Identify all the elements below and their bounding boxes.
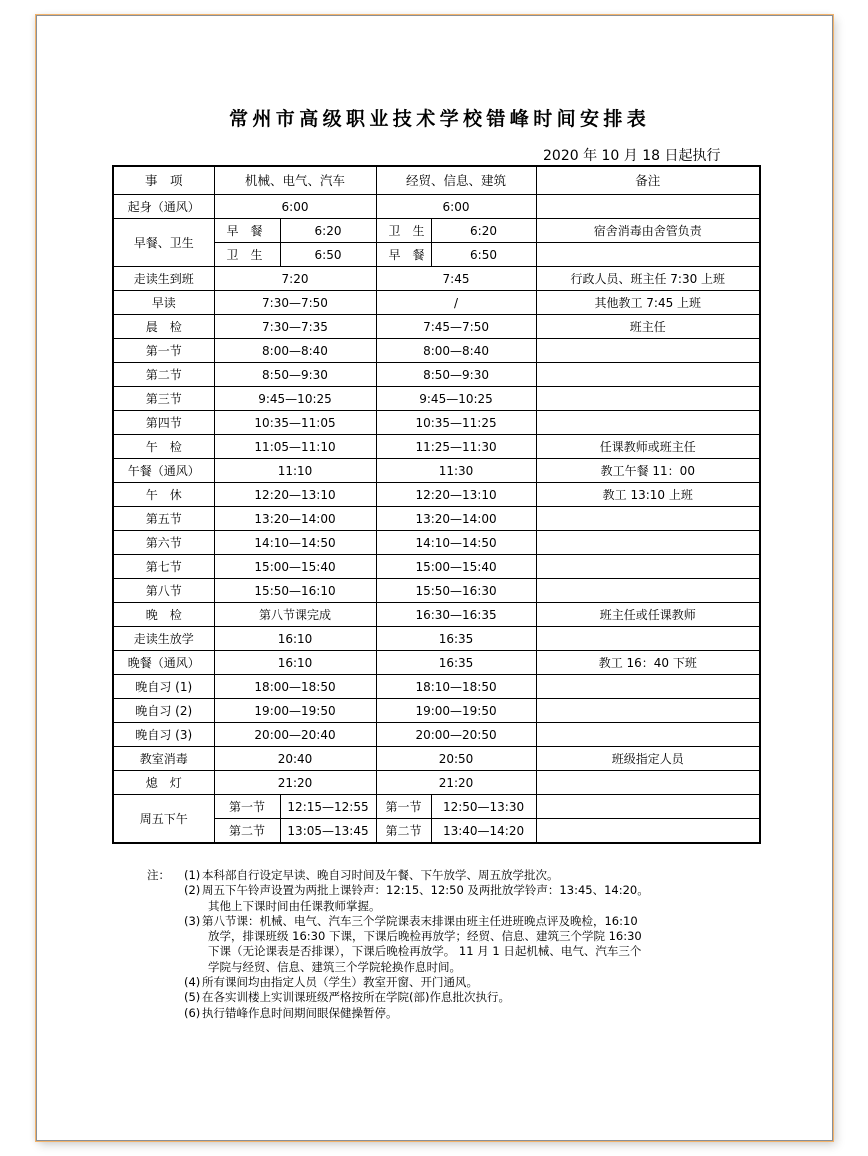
- group-b-time: 11:25—11:30: [376, 435, 536, 459]
- row-note: [536, 771, 760, 795]
- table-row: 熄 灯21:2021:20: [113, 771, 760, 795]
- group-b-time: 8:00—8:40: [376, 339, 536, 363]
- group-b-time: 16:35: [376, 627, 536, 651]
- effective-date: 2020 年 10 月 18 日起执行: [543, 145, 721, 165]
- group-b-time: 14:10—14:50: [376, 531, 536, 555]
- table-row: 走读生放学16:1016:35: [113, 627, 760, 651]
- note-item: (6)执行错峰作息时间期间眼保健操暂停。: [184, 1006, 747, 1021]
- header-note: 备注: [536, 166, 760, 195]
- group-a-time: 7:30—7:50: [214, 291, 376, 315]
- row-label: 第八节: [113, 579, 214, 603]
- table-row: 第一节8:00—8:408:00—8:40: [113, 339, 760, 363]
- row-note: [536, 555, 760, 579]
- row-label: 走读生放学: [113, 627, 214, 651]
- row-label: 第七节: [113, 555, 214, 579]
- group-b-item: 第一节: [376, 795, 431, 819]
- table-row: 第六节14:10—14:5014:10—14:50: [113, 531, 760, 555]
- row-note: 任课教师或班主任: [536, 435, 760, 459]
- row-note: [536, 411, 760, 435]
- group-b-item: 卫 生: [376, 219, 431, 243]
- group-a-item: 卫 生: [214, 243, 280, 267]
- row-label: 晚自习 (1): [113, 675, 214, 699]
- row-label: 第四节: [113, 411, 214, 435]
- table-row-friday-1: 周五下午 第一节 12:15—12:55 第一节 12:50—13:30: [113, 795, 760, 819]
- table-row: 午餐（通风）11:1011:30教工午餐 11：00: [113, 459, 760, 483]
- group-b-time: 10:35—11:25: [376, 411, 536, 435]
- row-note: [536, 507, 760, 531]
- table-row: 午 休12:20—13:1012:20—13:10教工 13:10 上班: [113, 483, 760, 507]
- table-row: 教室消毒20:4020:50班级指定人员: [113, 747, 760, 771]
- row-label: 早餐、卫生: [113, 219, 214, 267]
- notes-list: (1)本科部自行设定早读、晚自习时间及午餐、下午放学、周五放学批次。(2)周五下…: [147, 868, 747, 1021]
- note-text-line: 第八节课：机械、电气、汽车三个学院课表末排课由班主任进班晚点评及晚检，16:10: [184, 914, 747, 929]
- row-label: 晚自习 (3): [113, 723, 214, 747]
- note-text-line: 本科部自行设定早读、晚自习时间及午餐、下午放学、周五放学批次。: [184, 868, 747, 883]
- table-row: 第八节15:50—16:1015:50—16:30: [113, 579, 760, 603]
- group-a-time: 10:35—11:05: [214, 411, 376, 435]
- row-note: [536, 363, 760, 387]
- note-text-line: 其他上下课时间由任课教师掌握。: [184, 899, 747, 914]
- row-label: 第三节: [113, 387, 214, 411]
- group-a-time: 13:05—13:45: [280, 819, 376, 844]
- note-number: (2): [184, 883, 200, 898]
- group-a-time: 15:00—15:40: [214, 555, 376, 579]
- row-note: 教工 13:10 上班: [536, 483, 760, 507]
- row-note: 教工午餐 11：00: [536, 459, 760, 483]
- table-row: 早读7:30—7:50/其他教工 7:45 上班: [113, 291, 760, 315]
- table-row: 晚自习 (3)20:00—20:4020:00—20:50: [113, 723, 760, 747]
- row-label: 早读: [113, 291, 214, 315]
- row-label: 第一节: [113, 339, 214, 363]
- group-b-time: 11:30: [376, 459, 536, 483]
- row-note: 行政人员、班主任 7:30 上班: [536, 267, 760, 291]
- group-b-time: 16:30—16:35: [376, 603, 536, 627]
- group-b-time: /: [376, 291, 536, 315]
- row-label: 熄 灯: [113, 771, 214, 795]
- note-number: (3): [184, 914, 200, 929]
- group-b-time: 6:50: [431, 243, 536, 267]
- group-b-time: 15:50—16:30: [376, 579, 536, 603]
- group-b-time: 19:00—19:50: [376, 699, 536, 723]
- group-a-time: 第八节课完成: [214, 603, 376, 627]
- note-number: (4): [184, 975, 200, 990]
- group-a-time: 7:20: [214, 267, 376, 291]
- group-a-time: 6:00: [214, 195, 376, 219]
- row-label: 走读生到班: [113, 267, 214, 291]
- note-text-line: 学院与经贸、信息、建筑三个学院轮换作息时间。: [184, 960, 747, 975]
- group-a-time: 15:50—16:10: [214, 579, 376, 603]
- table-row: 走读生到班7:207:45行政人员、班主任 7:30 上班: [113, 267, 760, 291]
- group-b-time: 13:20—14:00: [376, 507, 536, 531]
- row-label: 晚餐（通风）: [113, 651, 214, 675]
- group-b-time: 7:45: [376, 267, 536, 291]
- group-a-time: 13:20—14:00: [214, 507, 376, 531]
- row-label: 午 检: [113, 435, 214, 459]
- row-label: 晨 检: [113, 315, 214, 339]
- row-note: 班级指定人员: [536, 747, 760, 771]
- note-number: (5): [184, 990, 200, 1005]
- table-row: 晚餐（通风）16:1016:35教工 16：40 下班: [113, 651, 760, 675]
- row-note: 教工 16：40 下班: [536, 651, 760, 675]
- note-item: (5)在各实训楼上实训课班级严格按所在学院(部)作息批次执行。: [184, 990, 747, 1005]
- group-a-time: 11:05—11:10: [214, 435, 376, 459]
- row-label: 晚自习 (2): [113, 699, 214, 723]
- table-row: 第三节9:45—10:259:45—10:25: [113, 387, 760, 411]
- row-note: 其他教工 7:45 上班: [536, 291, 760, 315]
- row-note: [536, 795, 760, 819]
- note-text-line: 在各实训楼上实训课班级严格按所在学院(部)作息批次执行。: [184, 990, 747, 1005]
- row-label: 第五节: [113, 507, 214, 531]
- group-a-time: 8:50—9:30: [214, 363, 376, 387]
- row-note: [536, 579, 760, 603]
- note-number: (6): [184, 1006, 200, 1021]
- row-note: [536, 387, 760, 411]
- group-a-time: 21:20: [214, 771, 376, 795]
- table-row-wake: 起身（通风） 6:00 6:00: [113, 195, 760, 219]
- row-note: [536, 819, 760, 844]
- group-b-time: 12:50—13:30: [431, 795, 536, 819]
- notes-label: 注：: [147, 868, 170, 883]
- table-row: 第七节15:00—15:4015:00—15:40: [113, 555, 760, 579]
- group-a-time: 14:10—14:50: [214, 531, 376, 555]
- group-b-time: 9:45—10:25: [376, 387, 536, 411]
- group-a-time: 8:00—8:40: [214, 339, 376, 363]
- notes-section: 注： (1)本科部自行设定早读、晚自习时间及午餐、下午放学、周五放学批次。(2)…: [147, 868, 747, 1021]
- note-text-line: 所有课间均由指定人员（学生）教室开窗、开门通风。: [184, 975, 747, 990]
- row-note: 班主任: [536, 315, 760, 339]
- row-label: 周五下午: [113, 795, 214, 844]
- group-a-time: 20:00—20:40: [214, 723, 376, 747]
- table-row: 晚自习 (1)18:00—18:5018:10—18:50: [113, 675, 760, 699]
- row-label: 第二节: [113, 363, 214, 387]
- note-text-line: 执行错峰作息时间期间眼保健操暂停。: [184, 1006, 747, 1021]
- group-a-time: 16:10: [214, 627, 376, 651]
- row-label: 起身（通风）: [113, 195, 214, 219]
- group-a-time: 12:20—13:10: [214, 483, 376, 507]
- row-note: [536, 699, 760, 723]
- schedule-table: 事 项 机械、电气、汽车 经贸、信息、建筑 备注 起身（通风） 6:00 6:0…: [112, 165, 761, 844]
- note-item: (1)本科部自行设定早读、晚自习时间及午餐、下午放学、周五放学批次。: [184, 868, 747, 883]
- group-b-time: 20:00—20:50: [376, 723, 536, 747]
- header-group-b: 经贸、信息、建筑: [376, 166, 536, 195]
- note-text-line: 放学，排课班级 16:30 下课，下课后晚检再放学；经贸、信息、建筑三个学院 1…: [184, 929, 747, 944]
- row-label: 午 休: [113, 483, 214, 507]
- group-b-time: 21:20: [376, 771, 536, 795]
- table-row: 晚 检第八节课完成16:30—16:35班主任或任课教师: [113, 603, 760, 627]
- group-a-time: 20:40: [214, 747, 376, 771]
- table-row: 午 检11:05—11:1011:25—11:30任课教师或班主任: [113, 435, 760, 459]
- group-a-time: 7:30—7:35: [214, 315, 376, 339]
- group-b-time: 16:35: [376, 651, 536, 675]
- group-b-time: 6:00: [376, 195, 536, 219]
- row-note: [536, 675, 760, 699]
- row-note: [536, 339, 760, 363]
- header-group-a: 机械、电气、汽车: [214, 166, 376, 195]
- group-a-time: 19:00—19:50: [214, 699, 376, 723]
- group-a-item: 第一节: [214, 795, 280, 819]
- group-b-time: 6:20: [431, 219, 536, 243]
- group-b-item: 第二节: [376, 819, 431, 844]
- row-note: 宿舍消毒由舍管负责: [536, 219, 760, 243]
- row-note: [536, 723, 760, 747]
- row-label: 晚 检: [113, 603, 214, 627]
- row-note: [536, 243, 760, 267]
- group-b-time: 13:40—14:20: [431, 819, 536, 844]
- group-a-time: 6:20: [280, 219, 376, 243]
- group-b-time: 15:00—15:40: [376, 555, 536, 579]
- row-note: [536, 195, 760, 219]
- note-item: (4)所有课间均由指定人员（学生）教室开窗、开门通风。: [184, 975, 747, 990]
- group-b-time: 20:50: [376, 747, 536, 771]
- row-label: 第六节: [113, 531, 214, 555]
- group-a-time: 6:50: [280, 243, 376, 267]
- group-b-time: 8:50—9:30: [376, 363, 536, 387]
- group-a-time: 9:45—10:25: [214, 387, 376, 411]
- table-row: 第二节8:50—9:308:50—9:30: [113, 363, 760, 387]
- group-b-time: 18:10—18:50: [376, 675, 536, 699]
- row-note: [536, 531, 760, 555]
- table-row: 第五节13:20—14:0013:20—14:00: [113, 507, 760, 531]
- row-label: 午餐（通风）: [113, 459, 214, 483]
- table-row: 晚自习 (2)19:00—19:5019:00—19:50: [113, 699, 760, 723]
- group-a-time: 11:10: [214, 459, 376, 483]
- group-a-time: 12:15—12:55: [280, 795, 376, 819]
- row-note: [536, 627, 760, 651]
- group-a-item: 早 餐: [214, 219, 280, 243]
- row-label: 教室消毒: [113, 747, 214, 771]
- table-row-breakfast-1: 早餐、卫生 早 餐 6:20 卫 生 6:20 宿舍消毒由舍管负责: [113, 219, 760, 243]
- table-header-row: 事 项 机械、电气、汽车 经贸、信息、建筑 备注: [113, 166, 760, 195]
- group-a-item: 第二节: [214, 819, 280, 844]
- table-row: 第四节10:35—11:0510:35—11:25: [113, 411, 760, 435]
- group-b-time: 12:20—13:10: [376, 483, 536, 507]
- note-item: (3)第八节课：机械、电气、汽车三个学院课表末排课由班主任进班晚点评及晚检，16…: [184, 914, 747, 975]
- group-a-time: 16:10: [214, 651, 376, 675]
- group-a-time: 18:00—18:50: [214, 675, 376, 699]
- group-b-item: 早 餐: [376, 243, 431, 267]
- group-b-time: 7:45—7:50: [376, 315, 536, 339]
- document-title: 常州市高级职业技术学校错峰时间安排表: [229, 104, 649, 131]
- note-number: (1): [184, 868, 200, 883]
- header-item: 事 项: [113, 166, 214, 195]
- note-text-line: 下课（无论课表是否排课），下课后晚检再放学。 11 月 1 日起机械、电气、汽车…: [184, 944, 747, 959]
- note-text-line: 周五下午铃声设置为两批上课铃声：12:15、12:50 及两批放学铃声：13:4…: [184, 883, 747, 898]
- row-note: 班主任或任课教师: [536, 603, 760, 627]
- note-item: (2)周五下午铃声设置为两批上课铃声：12:15、12:50 及两批放学铃声：1…: [184, 883, 747, 914]
- table-row: 晨 检7:30—7:357:45—7:50班主任: [113, 315, 760, 339]
